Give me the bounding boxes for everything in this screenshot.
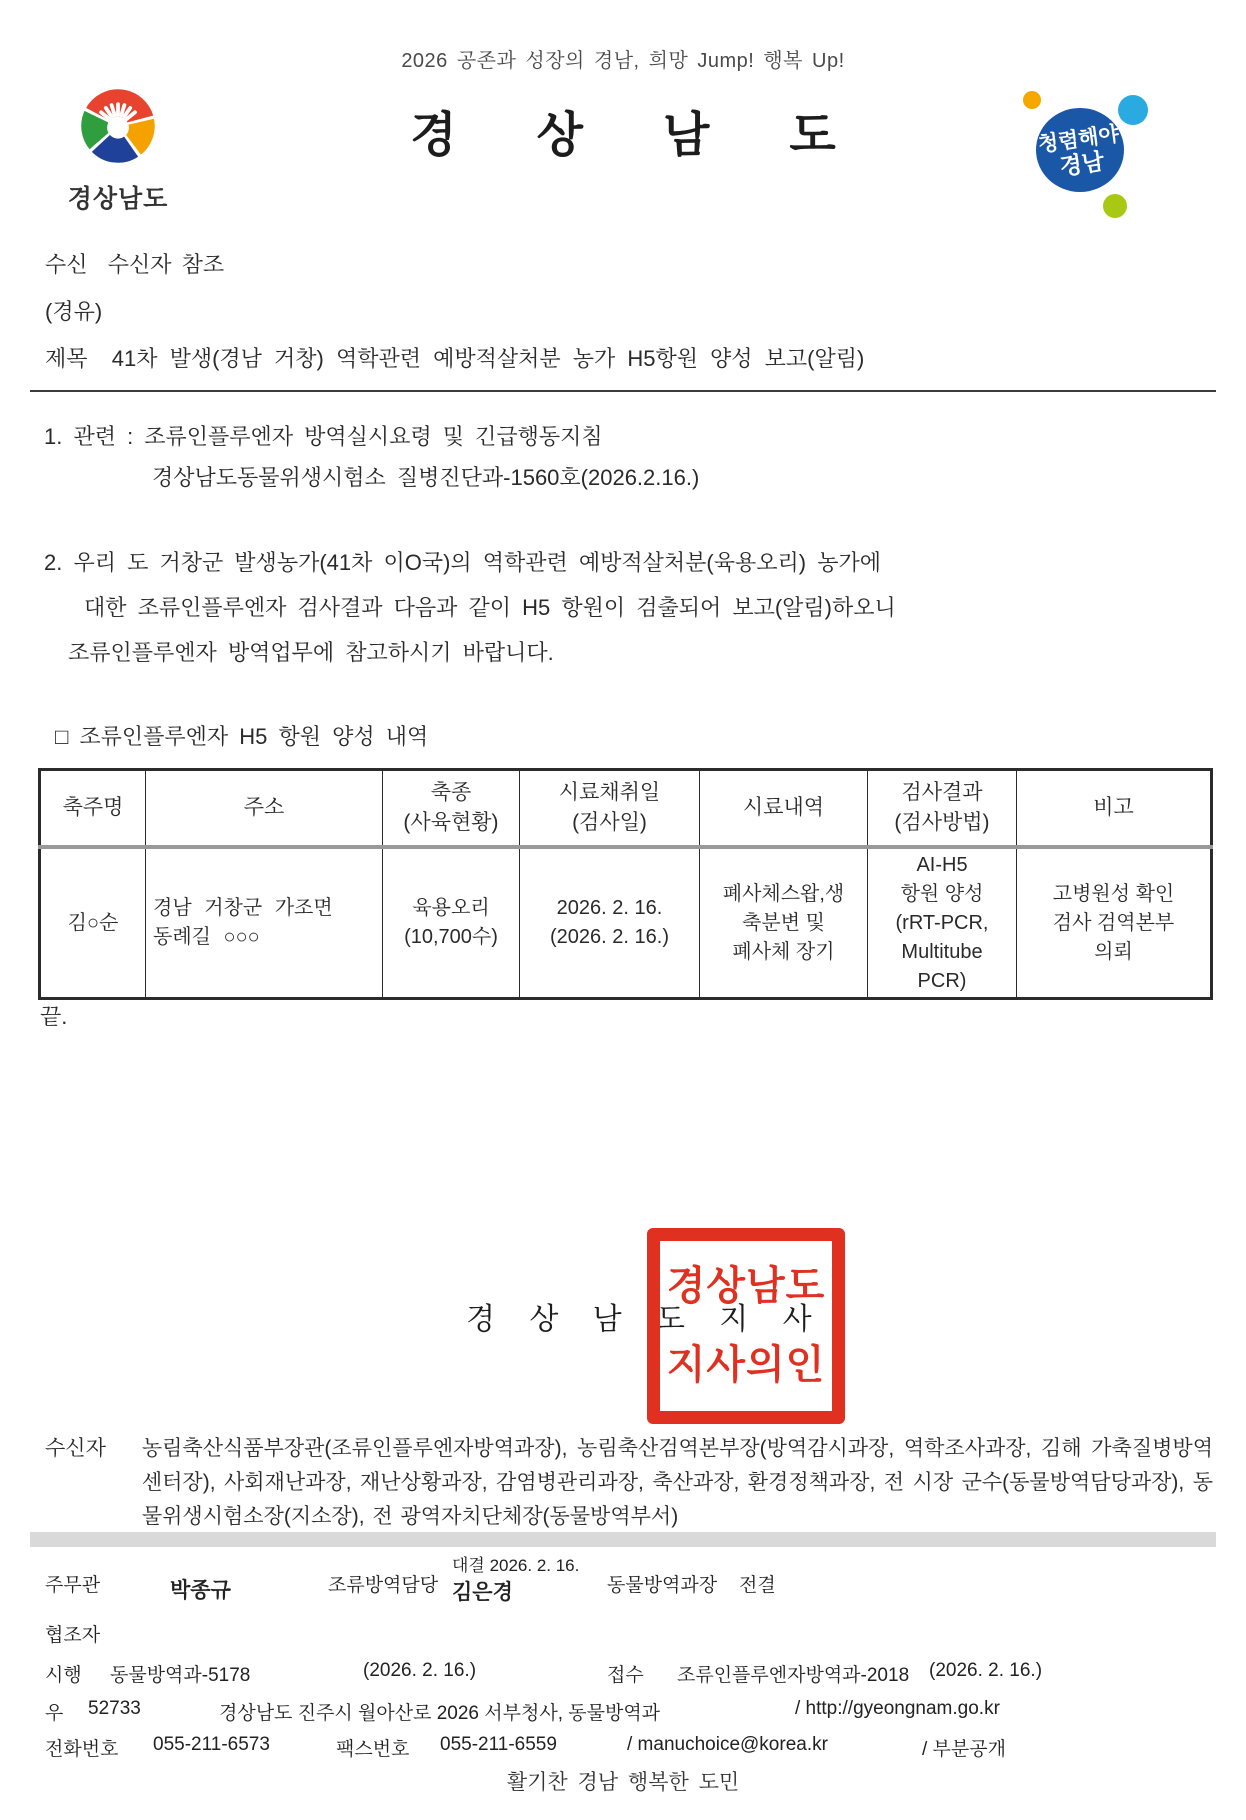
col-species: 축종 (사육현황) bbox=[383, 770, 520, 848]
recipient-line: 수신 수신자 참조 bbox=[45, 248, 224, 279]
via-line: (경유) bbox=[45, 295, 102, 326]
integrity-badge-icon: 청렴해야 경남 bbox=[1000, 60, 1150, 222]
col-sample-date: 시료채취일 (검사일) bbox=[520, 770, 700, 848]
disclosure-status: / 부분공개 bbox=[922, 1734, 1006, 1761]
document-page: 2026 공존과 성장의 경남, 희망 Jump! 행복 Up! 경상남도 경 bbox=[0, 0, 1246, 1820]
director-action: 전결 bbox=[739, 1570, 776, 1597]
cell-owner: 김○순 bbox=[40, 847, 146, 999]
footer-slogan: 활기찬 경남 행복한 도민 bbox=[0, 1766, 1246, 1796]
subject-divider bbox=[30, 390, 1216, 392]
body-paragraph-line3: 조류인플루엔자 방역업무에 참고하시기 바랍니다. bbox=[68, 636, 554, 667]
col-sample-detail: 시료내역 bbox=[700, 770, 868, 848]
antigen-result-table: 축주명 주소 축종 (사육현황) 시료채취일 (검사일) 시료내역 검사결과 (… bbox=[38, 768, 1213, 1000]
officer-name: 박종규 bbox=[170, 1574, 231, 1604]
handler-approval-note: 대결 2026. 2. 16. bbox=[452, 1551, 579, 1576]
office-address: 경상남도 진주시 월아산로 2026 서부청사, 동물방역과 bbox=[219, 1698, 660, 1725]
receipt-doc-no: 조류인플루엔자방역과-2018 bbox=[677, 1660, 909, 1687]
col-result: 검사결과 (검사방법) bbox=[868, 770, 1017, 848]
cell-sample-date: 2026. 2. 16. (2026. 2. 16.) bbox=[520, 847, 700, 999]
cell-note: 고병원성 확인 검사 검역본부 의뢰 bbox=[1017, 847, 1212, 999]
email-address: / manuchoice@korea.kr bbox=[627, 1734, 828, 1756]
related-reference-line2: 경상남도동물위생시험소 질병진단과-1560호(2026.2.16.) bbox=[152, 461, 699, 492]
governor-stamp: 경상남도 지사의인 bbox=[647, 1228, 845, 1424]
execution-label: 시행 bbox=[45, 1660, 82, 1687]
body-paragraph-line1: 2. 우리 도 거창군 발생농가(41차 이O국)의 역학관련 예방적살처분(육… bbox=[44, 546, 881, 577]
recipients-text: 농림축산식품부장관(조류인플루엔자방역과장), 농림축산검역본부장(방역감시과장… bbox=[142, 1432, 1213, 1534]
recipients-label: 수신자 bbox=[45, 1432, 106, 1534]
subject-line: 제목 41차 발생(경남 거창) 역학관련 예방적살처분 농가 H5항원 양성 … bbox=[45, 342, 864, 373]
handler-name: 김은경 bbox=[452, 1576, 513, 1606]
execution-doc-no: 동물방역과-5178 bbox=[110, 1660, 250, 1687]
receipt-date: (2026. 2. 16.) bbox=[929, 1660, 1042, 1682]
phone-label: 전화번호 bbox=[45, 1734, 118, 1761]
table-header-row: 축주명 주소 축종 (사육현황) 시료채취일 (검사일) 시료내역 검사결과 (… bbox=[40, 770, 1212, 848]
cell-species: 육용오리 (10,700수) bbox=[383, 847, 520, 999]
col-address: 주소 bbox=[146, 770, 383, 848]
table-heading: □ 조류인플루엔자 H5 항원 양성 내역 bbox=[55, 720, 428, 751]
body-paragraph-line2: 대한 조류인플루엔자 검사결과 다음과 같이 H5 항원이 검출되어 보고(알림… bbox=[84, 591, 896, 622]
integrity-badge: 청렴해야 경남 bbox=[1000, 60, 1150, 227]
officer-label: 주무관 bbox=[45, 1570, 100, 1597]
phone-number: 055-211-6573 bbox=[153, 1734, 270, 1756]
zip-code: 52733 bbox=[88, 1698, 141, 1720]
cell-address: 경남 거창군 가조면 동례길 ○○○ bbox=[146, 847, 383, 999]
col-owner: 축주명 bbox=[40, 770, 146, 848]
cell-sample-detail: 폐사체스왑,생 축분변 및 폐사체 장기 bbox=[700, 847, 868, 999]
website-url: / http://gyeongnam.go.kr bbox=[795, 1698, 1000, 1720]
col-note: 비고 bbox=[1017, 770, 1212, 848]
zip-label: 우 bbox=[45, 1698, 63, 1725]
handler-label: 조류방역담당 bbox=[328, 1570, 438, 1597]
section-divider-bar bbox=[30, 1532, 1216, 1547]
end-mark: 끝. bbox=[40, 1000, 67, 1031]
stamp-text-line2: 지사의인 bbox=[667, 1345, 826, 1386]
table-row: 김○순 경남 거창군 가조면 동례길 ○○○ 육용오리 (10,700수) 20… bbox=[40, 847, 1212, 999]
stamp-text-line1: 경상남도 bbox=[667, 1266, 826, 1307]
cell-result: AI-H5 항원 양성 (rRT-PCR, Multitube PCR) bbox=[868, 847, 1017, 999]
cooperator-label: 협조자 bbox=[45, 1620, 100, 1647]
emblem-label: 경상남도 bbox=[62, 179, 174, 215]
execution-date: (2026. 2. 16.) bbox=[363, 1660, 476, 1682]
fax-number: 055-211-6559 bbox=[440, 1734, 557, 1756]
recipients-block: 수신자 농림축산식품부장관(조류인플루엔자방역과장), 농림축산검역본부장(방역… bbox=[45, 1432, 1213, 1534]
fax-label: 팩스번호 bbox=[336, 1734, 409, 1761]
receipt-label: 접수 bbox=[607, 1660, 644, 1687]
related-reference-line1: 1. 관련 : 조류인플루엔자 방역실시요령 및 긴급행동지침 bbox=[44, 420, 603, 451]
director-label: 동물방역과장 bbox=[607, 1570, 717, 1597]
